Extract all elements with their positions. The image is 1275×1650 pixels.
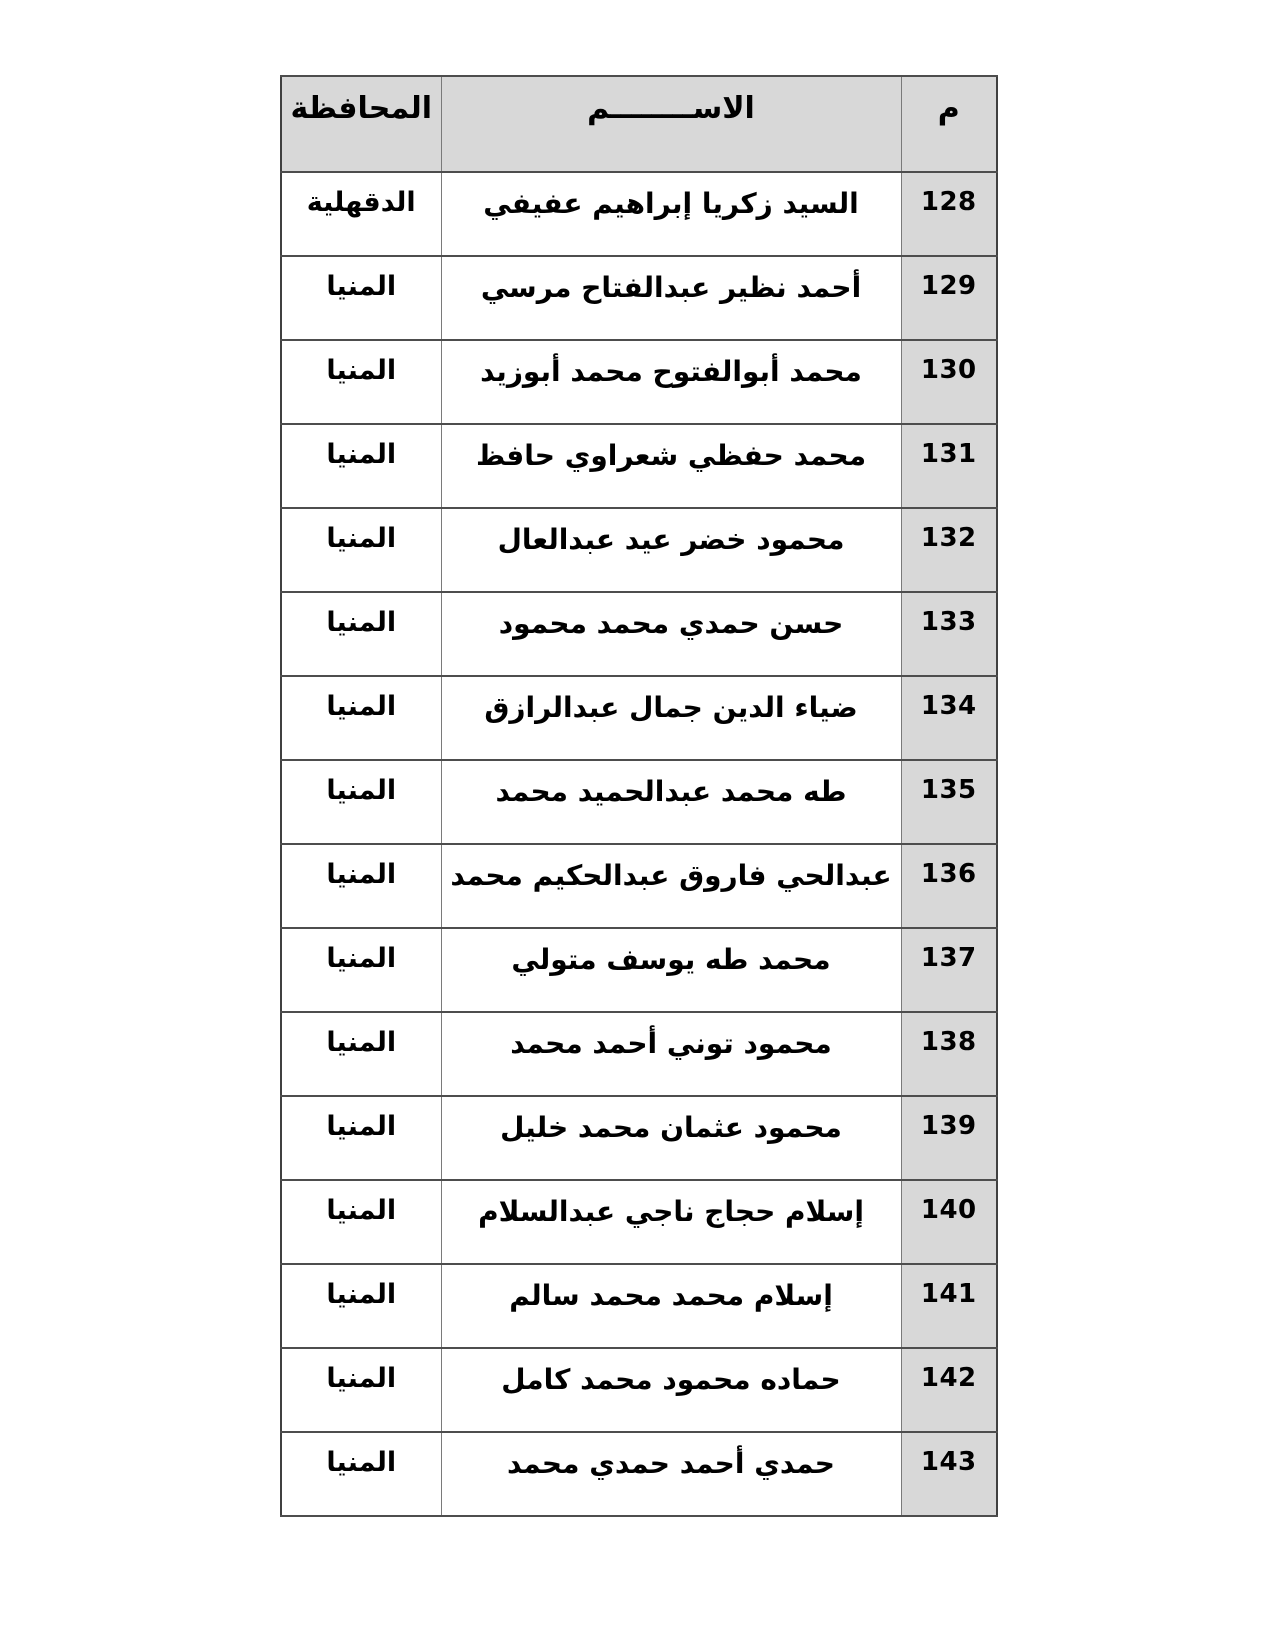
row-governorate: المنيا [281, 844, 441, 928]
row-name: حماده محمود محمد كامل [441, 1348, 901, 1432]
row-number: 132 [901, 508, 997, 592]
row-number: 137 [901, 928, 997, 1012]
row-name: طه محمد عبدالحميد محمد [441, 760, 901, 844]
row-governorate: المنيا [281, 676, 441, 760]
row-governorate: المنيا [281, 1264, 441, 1348]
table-row: 138 محمود توني أحمد محمد المنيا [281, 1012, 997, 1096]
row-name: محمد حفظي شعراوي حافظ [441, 424, 901, 508]
row-name: أحمد نظير عبدالفتاح مرسي [441, 256, 901, 340]
header-cell-name: الاســــــــم [441, 76, 901, 172]
table-row: 140 إسلام حجاج ناجي عبدالسلام المنيا [281, 1180, 997, 1264]
row-governorate: المنيا [281, 1012, 441, 1096]
table-row: 135 طه محمد عبدالحميد محمد المنيا [281, 760, 997, 844]
table-row: 136 عبدالحي فاروق عبدالحكيم محمد المنيا [281, 844, 997, 928]
table-row: 129 أحمد نظير عبدالفتاح مرسي المنيا [281, 256, 997, 340]
table-row: 134 ضياء الدين جمال عبدالرازق المنيا [281, 676, 997, 760]
row-governorate: المنيا [281, 256, 441, 340]
table-row: 142 حماده محمود محمد كامل المنيا [281, 1348, 997, 1432]
row-name: إسلام محمد محمد سالم [441, 1264, 901, 1348]
row-number: 139 [901, 1096, 997, 1180]
row-name: ضياء الدين جمال عبدالرازق [441, 676, 901, 760]
table-row: 131 محمد حفظي شعراوي حافظ المنيا [281, 424, 997, 508]
table-row: 137 محمد طه يوسف متولي المنيا [281, 928, 997, 1012]
row-governorate: المنيا [281, 760, 441, 844]
row-number: 130 [901, 340, 997, 424]
row-number: 129 [901, 256, 997, 340]
row-governorate: المنيا [281, 592, 441, 676]
row-governorate: المنيا [281, 424, 441, 508]
table-header-row: م الاســــــــم المحافظة [281, 76, 997, 172]
row-number: 136 [901, 844, 997, 928]
row-name: محمود توني أحمد محمد [441, 1012, 901, 1096]
row-number: 133 [901, 592, 997, 676]
row-name: عبدالحي فاروق عبدالحكيم محمد [441, 844, 901, 928]
row-governorate: المنيا [281, 340, 441, 424]
row-name: محمود عثمان محمد خليل [441, 1096, 901, 1180]
row-number: 143 [901, 1432, 997, 1516]
row-governorate: المنيا [281, 1432, 441, 1516]
row-governorate: المنيا [281, 508, 441, 592]
row-name: محمود خضر عيد عبدالعال [441, 508, 901, 592]
header-cell-governorate: المحافظة [281, 76, 441, 172]
row-governorate: المنيا [281, 1096, 441, 1180]
row-number: 142 [901, 1348, 997, 1432]
table-row: 139 محمود عثمان محمد خليل المنيا [281, 1096, 997, 1180]
row-number: 141 [901, 1264, 997, 1348]
row-name: حسن حمدي محمد محمود [441, 592, 901, 676]
table-row: 143 حمدي أحمد حمدي محمد المنيا [281, 1432, 997, 1516]
row-number: 128 [901, 172, 997, 256]
table-row: 130 محمد أبوالفتوح محمد أبوزيد المنيا [281, 340, 997, 424]
row-number: 138 [901, 1012, 997, 1096]
row-name: السيد زكريا إبراهيم عفيفي [441, 172, 901, 256]
row-governorate: الدقهلية [281, 172, 441, 256]
row-number: 135 [901, 760, 997, 844]
row-name: محمد أبوالفتوح محمد أبوزيد [441, 340, 901, 424]
table-row: 141 إسلام محمد محمد سالم المنيا [281, 1264, 997, 1348]
table-row: 133 حسن حمدي محمد محمود المنيا [281, 592, 997, 676]
row-governorate: المنيا [281, 928, 441, 1012]
header-cell-number: م [901, 76, 997, 172]
row-name: حمدي أحمد حمدي محمد [441, 1432, 901, 1516]
table-row: 132 محمود خضر عيد عبدالعال المنيا [281, 508, 997, 592]
row-number: 134 [901, 676, 997, 760]
roster-table: م الاســــــــم المحافظة 128 السيد زكريا… [280, 75, 998, 1517]
document-page: م الاســــــــم المحافظة 128 السيد زكريا… [0, 0, 1275, 1650]
row-name: إسلام حجاج ناجي عبدالسلام [441, 1180, 901, 1264]
row-governorate: المنيا [281, 1180, 441, 1264]
row-name: محمد طه يوسف متولي [441, 928, 901, 1012]
row-number: 140 [901, 1180, 997, 1264]
row-governorate: المنيا [281, 1348, 441, 1432]
row-number: 131 [901, 424, 997, 508]
table-row: 128 السيد زكريا إبراهيم عفيفي الدقهلية [281, 172, 997, 256]
